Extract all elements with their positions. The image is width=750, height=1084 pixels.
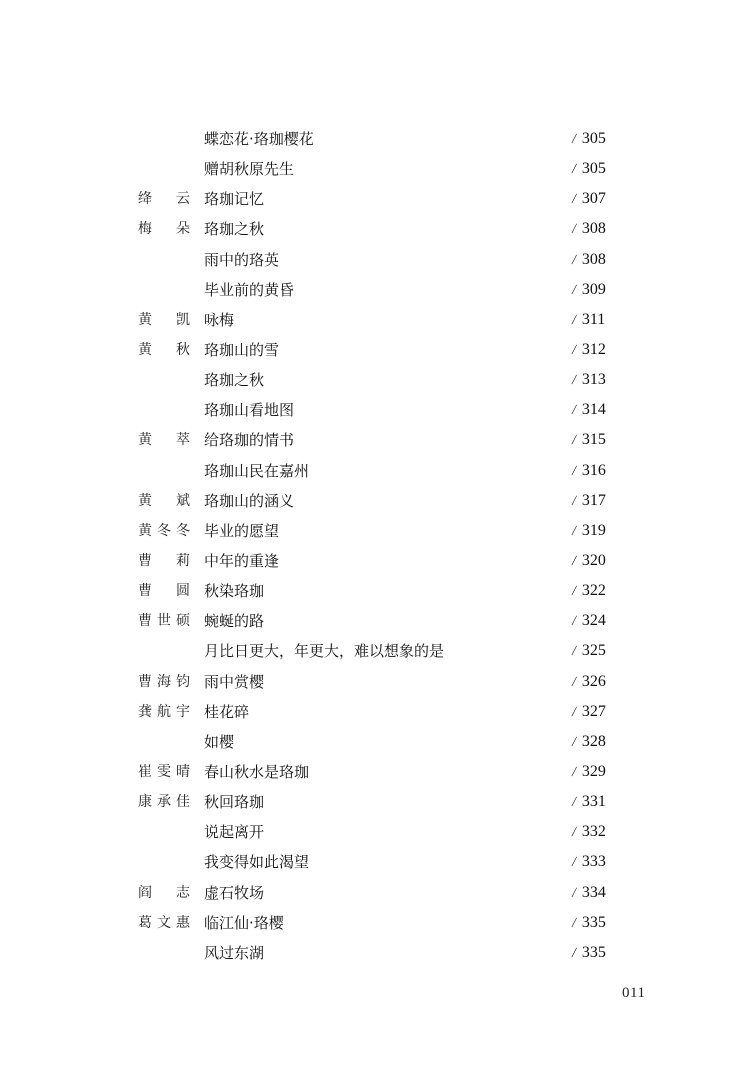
entry-page: /308 — [572, 214, 606, 245]
page-separator: / — [569, 306, 578, 336]
entry-title: 珞珈山看地图 — [204, 395, 294, 425]
page-separator: / — [569, 215, 578, 245]
entry-page: /326 — [572, 667, 606, 698]
entry-title: 虚石牧场 — [204, 878, 264, 908]
entry-page: /327 — [572, 697, 606, 728]
toc-entry: 康承佳 秋回珞珈 /331 — [0, 787, 750, 817]
entry-page: /335 — [572, 908, 606, 939]
page-separator: / — [569, 668, 578, 698]
entry-page: /319 — [572, 516, 606, 547]
entry-page: /305 — [572, 154, 606, 185]
entry-page: /313 — [572, 365, 606, 396]
entry-author: 龚航宇 — [138, 697, 190, 727]
toc-entry: 我变得如此渴望 /333 — [0, 847, 750, 877]
page-separator: / — [569, 758, 578, 788]
entry-title: 临江仙·珞樱 — [204, 908, 284, 938]
entry-page: /328 — [572, 727, 606, 758]
page-separator: / — [569, 909, 578, 939]
page-separator: / — [569, 155, 578, 185]
entry-title: 雨中的珞英 — [204, 245, 279, 275]
page-separator: / — [569, 848, 578, 878]
toc-entry: 黄秋 珞珈山的雪 /312 — [0, 335, 750, 365]
toc-entry: 黄萃 给珞珈的情书 /315 — [0, 425, 750, 455]
toc-entry: 雨中的珞英 /308 — [0, 245, 750, 275]
entry-title: 如樱 — [204, 727, 234, 757]
entry-page: /305 — [572, 124, 606, 155]
entry-author: 葛文惠 — [138, 908, 190, 938]
entry-page: /320 — [572, 546, 606, 577]
entry-author: 绛云 — [138, 184, 190, 214]
entry-author: 黄萃 — [138, 425, 190, 455]
entry-title: 给珞珈的情书 — [204, 425, 294, 455]
toc-entry: 绛云 珞珈记忆 /307 — [0, 184, 750, 214]
entry-title: 珞珈之秋 — [204, 214, 264, 244]
page-separator: / — [569, 366, 578, 396]
entry-title: 桂花碎 — [204, 697, 249, 727]
entry-title: 珞珈山的涵义 — [204, 486, 294, 516]
page-separator: / — [569, 336, 578, 366]
page-separator: / — [569, 457, 578, 487]
toc-entry: 曹莉 中年的重逢 /320 — [0, 546, 750, 576]
toc-entry: 葛文惠 临江仙·珞樱 /335 — [0, 908, 750, 938]
toc-entry: 说起离开 /332 — [0, 817, 750, 847]
toc-entry: 毕业前的黄昏 /309 — [0, 275, 750, 305]
page-separator: / — [569, 246, 578, 276]
toc-entry: 黄斌 珞珈山的涵义 /317 — [0, 486, 750, 516]
entry-author: 黄凯 — [138, 305, 190, 335]
entry-page: /329 — [572, 757, 606, 788]
entry-title: 中年的重逢 — [204, 546, 279, 576]
entry-title: 毕业的愿望 — [204, 516, 279, 546]
page-separator: / — [569, 547, 578, 577]
page-separator: / — [569, 939, 578, 969]
page-separator: / — [569, 396, 578, 426]
entry-author: 梅朵 — [138, 214, 190, 244]
toc-entry: 曹世硕 蜿蜒的路 /324 — [0, 606, 750, 636]
page-separator: / — [569, 185, 578, 215]
entry-page: /312 — [572, 335, 606, 366]
entry-author: 阎志 — [138, 878, 190, 908]
entry-page: /332 — [572, 817, 606, 848]
entry-title: 秋回珞珈 — [204, 787, 264, 817]
toc-entry: 如樱 /328 — [0, 727, 750, 757]
toc-entry: 风过东湖 /335 — [0, 938, 750, 968]
entry-page: /334 — [572, 878, 606, 909]
entry-title: 风过东湖 — [204, 938, 264, 968]
page-separator: / — [569, 487, 578, 517]
entry-page: /309 — [572, 275, 606, 306]
entry-page: /311 — [572, 305, 605, 336]
entry-title: 毕业前的黄昏 — [204, 275, 294, 305]
toc-entry: 赠胡秋原先生 /305 — [0, 154, 750, 184]
entry-author: 黄秋 — [138, 335, 190, 365]
entry-page: /316 — [572, 456, 606, 487]
entry-author: 崔雯晴 — [138, 757, 190, 787]
page-separator: / — [569, 818, 578, 848]
toc-entry: 黄凯 咏梅 /311 — [0, 305, 750, 335]
entry-author: 曹莉 — [138, 546, 190, 576]
entry-title: 蜿蜒的路 — [204, 606, 264, 636]
entry-page: /322 — [572, 576, 606, 607]
page-separator: / — [569, 728, 578, 758]
entry-page: /333 — [572, 847, 606, 878]
entry-title: 珞珈记忆 — [204, 184, 264, 214]
entry-page: /331 — [572, 787, 606, 818]
entry-title: 说起离开 — [204, 817, 264, 847]
entry-author: 曹海钧 — [138, 667, 190, 697]
page-separator: / — [569, 426, 578, 456]
entry-title: 蝶恋花·珞珈樱花 — [204, 124, 314, 154]
toc-entry: 蝶恋花·珞珈樱花 /305 — [0, 124, 750, 154]
entry-title: 赠胡秋原先生 — [204, 154, 294, 184]
entry-author: 曹世硕 — [138, 606, 190, 636]
page-number: 011 — [622, 985, 645, 1002]
entry-title: 珞珈山民在嘉州 — [204, 456, 309, 486]
toc-entry: 崔雯晴 春山秋水是珞珈 /329 — [0, 757, 750, 787]
page-separator: / — [569, 607, 578, 637]
entry-title: 雨中赏樱 — [204, 667, 264, 697]
page-separator: / — [569, 577, 578, 607]
entry-page: /307 — [572, 184, 606, 215]
toc-entry: 月比日更大，年更大，难以想象的是 /325 — [0, 636, 750, 666]
entry-author: 康承佳 — [138, 787, 190, 817]
toc-entry: 龚航宇 桂花碎 /327 — [0, 697, 750, 727]
entry-page: /315 — [572, 425, 606, 456]
toc-entry: 珞珈山看地图 /314 — [0, 395, 750, 425]
entry-title: 我变得如此渴望 — [204, 847, 309, 877]
toc-entry: 珞珈山民在嘉州 /316 — [0, 456, 750, 486]
entry-page: /325 — [572, 636, 606, 667]
table-of-contents: 蝶恋花·珞珈樱花 /305 赠胡秋原先生 /305 绛云 珞珈记忆 /307 梅… — [0, 124, 750, 968]
toc-entry: 黄冬冬 毕业的愿望 /319 — [0, 516, 750, 546]
page-separator: / — [569, 879, 578, 909]
entry-title: 珞珈山的雪 — [204, 335, 279, 365]
entry-title: 秋染珞珈 — [204, 576, 264, 606]
toc-entry: 曹圆 秋染珞珈 /322 — [0, 576, 750, 606]
entry-title: 月比日更大，年更大，难以想象的是 — [204, 636, 444, 666]
page-separator: / — [569, 276, 578, 306]
entry-page: /314 — [572, 395, 606, 426]
entry-page: /335 — [572, 938, 606, 969]
entry-author: 黄冬冬 — [138, 516, 190, 546]
toc-entry: 珞珈之秋 /313 — [0, 365, 750, 395]
toc-entry: 阎志 虚石牧场 /334 — [0, 878, 750, 908]
page-separator: / — [569, 637, 578, 667]
entry-page: /308 — [572, 245, 606, 276]
page-separator: / — [569, 125, 578, 155]
entry-author: 曹圆 — [138, 576, 190, 606]
entry-title: 春山秋水是珞珈 — [204, 757, 309, 787]
toc-entry: 梅朵 珞珈之秋 /308 — [0, 214, 750, 244]
entry-author: 黄斌 — [138, 486, 190, 516]
page-separator: / — [569, 788, 578, 818]
page-separator: / — [569, 698, 578, 728]
entry-title: 珞珈之秋 — [204, 365, 264, 395]
entry-page: /324 — [572, 606, 606, 637]
entry-title: 咏梅 — [204, 305, 234, 335]
entry-page: /317 — [572, 486, 606, 517]
toc-entry: 曹海钧 雨中赏樱 /326 — [0, 667, 750, 697]
page-separator: / — [569, 517, 578, 547]
